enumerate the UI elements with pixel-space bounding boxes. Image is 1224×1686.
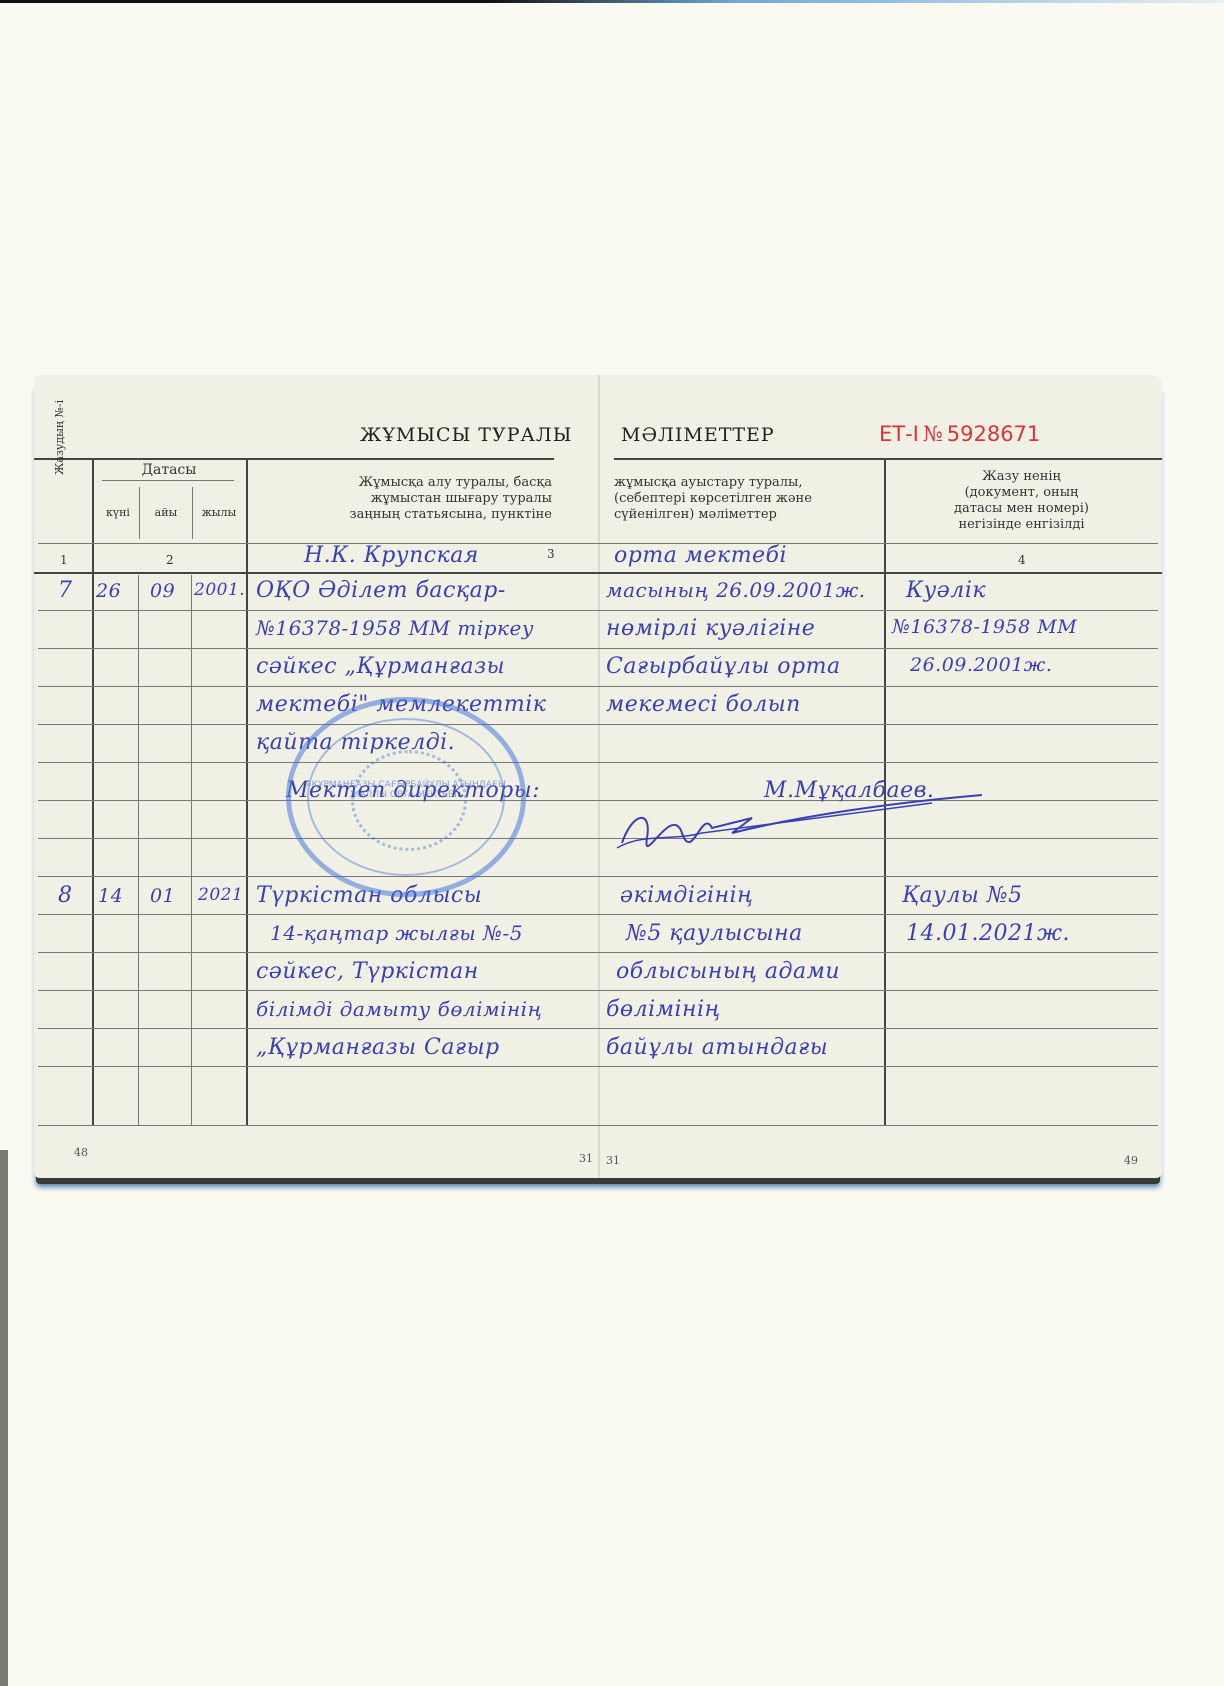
column-number-2: 2	[166, 553, 174, 567]
entry-text-right-line: мекемесі болып	[606, 692, 801, 717]
page-title-right: МӘЛІМЕТТЕР	[621, 424, 775, 446]
page-number-right: 49	[1124, 1154, 1138, 1167]
day-col-line	[138, 575, 139, 1125]
month-year-divider	[192, 487, 193, 539]
entry-text-right-line: әкімдігінің	[620, 883, 753, 908]
basis-header: Жазу ненің (документ, оның датасы мен но…	[889, 469, 1154, 533]
info-header-left: Жұмысқа алу туралы, басқа жұмыстан шығар…	[254, 475, 552, 523]
entry-basis-line: №16378-1958 ММ	[892, 616, 1077, 638]
column-number-4: 4	[1018, 553, 1026, 567]
handwriting-carryover-left: Н.К. Крупская	[304, 543, 479, 568]
serial-series: ЕТ-I	[879, 422, 919, 446]
column-number-3: 3	[547, 547, 555, 561]
handwriting-carryover-right: орта мектебі	[614, 543, 787, 568]
entry-month: 01	[150, 885, 175, 907]
page-title-left: ЖҰМЫСЫ ТУРАЛЫ	[360, 424, 572, 446]
year-header: жылы	[194, 505, 244, 521]
col-divider-1	[92, 458, 94, 1125]
header-bottom-rule	[38, 543, 1158, 544]
number-sign: №	[923, 422, 943, 446]
month-header: айы	[141, 505, 191, 521]
date-header: Датасы	[102, 462, 236, 478]
entry-text-left-line: №16378-1958 ММ тіркеу	[256, 616, 534, 640]
entry-day: 14	[98, 885, 123, 907]
date-subheader-rule	[102, 480, 234, 481]
entry-number: 8	[58, 883, 73, 908]
serial-number: ЕТ-I№5928671	[879, 422, 1040, 446]
entry-year: 2021	[198, 885, 243, 905]
entry-text-right-line: байұлы атындағы	[606, 1035, 828, 1060]
page-number-left: 48	[74, 1146, 88, 1159]
entry-text-left-line: сәйкес, Түркістан	[256, 959, 479, 984]
entry-basis-line: Қаулы №5	[902, 883, 1023, 908]
scan-edge-left	[0, 1150, 8, 1686]
table-top-rule-right	[614, 458, 1162, 460]
entry-basis-line: 26.09.2001ж.	[910, 654, 1052, 676]
column-number-1: 1	[60, 553, 68, 567]
entry-text-left-line: ОҚО Әділет басқар-	[256, 578, 506, 603]
entry-text-right-line: облысының адами	[616, 959, 840, 984]
entry-number: 7	[58, 578, 73, 603]
entry-text-left-line: 14-қаңтар жылғы №-5	[270, 921, 523, 945]
table-top-rule-left	[34, 458, 554, 460]
director-signature-scribble	[612, 793, 992, 853]
book-spine	[598, 375, 600, 1178]
entry-text-right-line: №5 қаулысына	[626, 921, 803, 946]
entry-text-right-line: Сағырбайұлы орта	[606, 654, 841, 679]
entry-basis-line: Куәлік	[906, 578, 986, 603]
entry-basis-line: 14.01.2021ж.	[906, 921, 1070, 946]
entry-text-right-line: нөмірлі куәлігіне	[606, 616, 815, 641]
colnum-bottom-rule	[34, 572, 1162, 574]
print-mark-left: 31	[579, 1152, 593, 1165]
official-seal-stamp: «ҚҰРМАНҒАЗЫ САҒЫРБАЙҰЛЫ АТЫНДАҒЫ ЖАЛПЫ О…	[286, 697, 526, 897]
print-mark-right: 31	[606, 1154, 620, 1167]
col-divider-2	[246, 458, 248, 1125]
entry-number-header: Жазудың №-і	[54, 400, 66, 475]
info-header-right: жұмысқа ауыстару туралы, (себептері көрс…	[614, 475, 879, 523]
entry-text-left-line: „Құрманғазы Сағыр	[256, 1035, 500, 1060]
work-record-book-spread: ЖҰМЫСЫ ТУРАЛЫ МӘЛІМЕТТЕР ЕТ-I№5928671 Жа…	[34, 375, 1162, 1178]
table-bottom-rule	[38, 1125, 1158, 1126]
entry-day: 26	[96, 580, 121, 602]
entry-year: 2001.	[194, 580, 245, 600]
stamp-text: «ҚҰРМАНҒАЗЫ САҒЫРБАЙҰЛЫ АТЫНДАҒЫ ЖАЛПЫ О…	[291, 780, 521, 800]
entry-month: 09	[150, 580, 175, 602]
entry-text-right-line: масының 26.09.2001ж.	[606, 578, 866, 602]
day-header: күні	[96, 505, 140, 521]
entry-text-left-line: сәйкес „Құрманғазы	[256, 654, 505, 679]
month-col-line	[191, 575, 192, 1125]
serial-digits: 5928671	[947, 422, 1041, 446]
scan-edge-top	[0, 0, 1224, 3]
entry-text-left-line: білімді дамыту бөлімінің	[256, 997, 542, 1021]
entry-text-right-line: бөлімінің	[606, 997, 721, 1022]
